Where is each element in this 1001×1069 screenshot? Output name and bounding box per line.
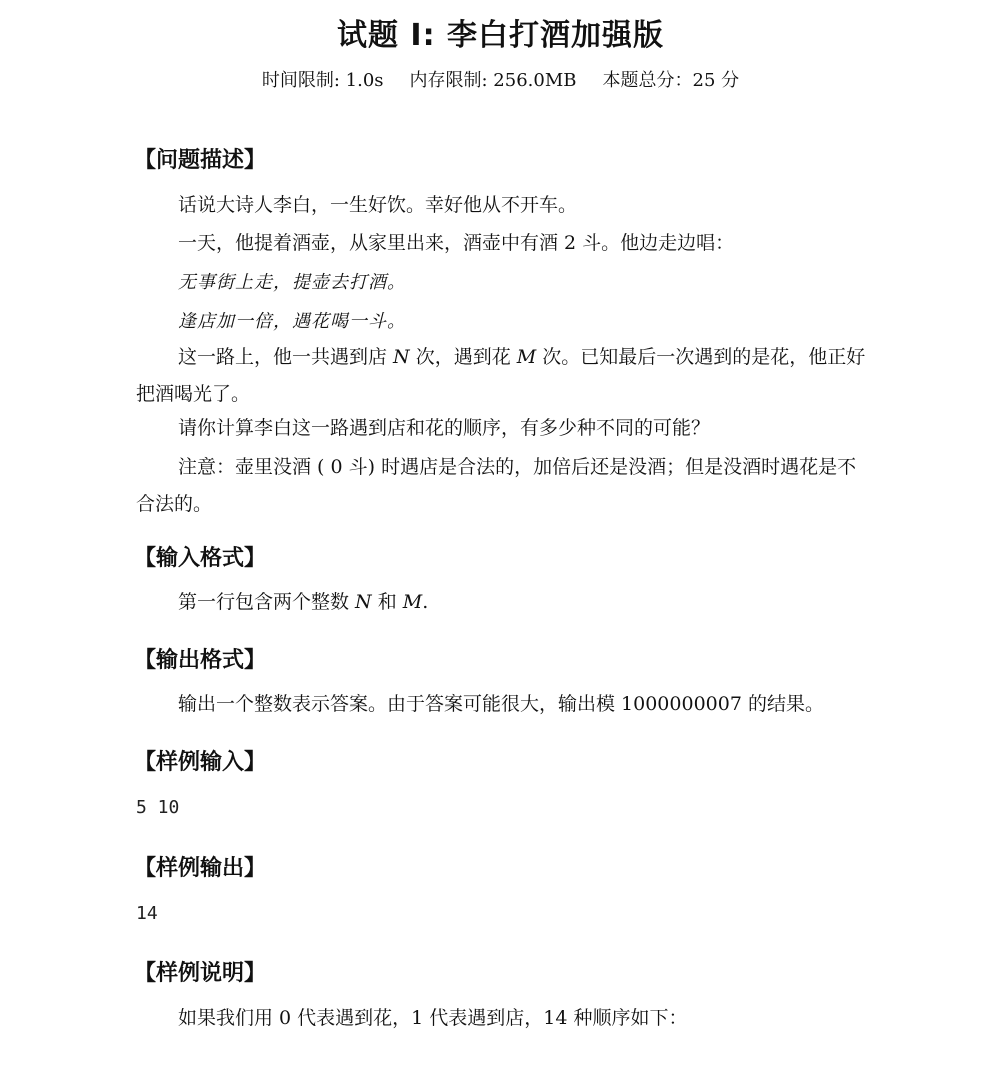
heading-input-format: 【输入格式】 [134,543,266,575]
description-paragraph-4: 请你计算李白这一路遇到店和花的顺序，有多少种不同的可能？ [136,410,866,447]
description-paragraph-1: 话说大诗人李白，一生好饮。幸好他从不开车。 [136,187,866,224]
time-limit: 时间限制: 1.0s [262,70,384,91]
memory-limit: 内存限制: 256.0MB [410,70,577,91]
variable-n: N [355,591,372,613]
description-paragraph-3: 这一路上，他一共遇到店 N 次，遇到花 M 次。已知最后一次遇到的是花，他正好把… [136,339,866,413]
poem-line-2: 逢店加一倍，遇花喝一斗。 [136,303,866,340]
problem-meta: 时间限制: 1.0s内存限制: 256.0MB本题总分：25 分 [0,66,1001,96]
heading-sample-input: 【样例输入】 [134,747,266,779]
text-fragment: . [422,591,428,613]
variable-m: M [517,346,536,368]
description-paragraph-5: 注意：壶里没酒 ( 0 斗) 时遇店是合法的，加倍后还是没酒；但是没酒时遇花是不… [136,449,866,523]
sample-explanation-text: 如果我们用 0 代表遇到花，1 代表遇到店，14 种顺序如下： [136,1000,866,1037]
poem-line-1: 无事街上走，提壶去打酒。 [136,264,866,301]
heading-sample-explanation: 【样例说明】 [134,958,266,990]
output-format-text: 输出一个整数表示答案。由于答案可能很大，输出模 1000000007 的结果。 [136,686,866,723]
text-fragment: 这一路上，他一共遇到店 [178,346,393,368]
page-title: 试题 I: 李白打酒加强版 [0,14,1001,58]
text-fragment: 次，遇到花 [410,346,517,368]
variable-m: M [403,591,422,613]
total-score: 本题总分：25 分 [603,70,740,91]
input-format-text: 第一行包含两个整数 N 和 M. [136,584,866,621]
text-fragment: 和 [372,591,403,613]
text-fragment: 第一行包含两个整数 [178,591,355,613]
heading-problem-description: 【问题描述】 [134,145,266,177]
heading-output-format: 【输出格式】 [134,645,266,677]
sample-output-value: 14 [136,900,158,928]
description-paragraph-2: 一天，他提着酒壶，从家里出来，酒壶中有酒 2 斗。他边走边唱： [136,225,866,262]
sample-input-value: 5 10 [136,794,179,822]
variable-n: N [393,346,410,368]
heading-sample-output: 【样例输出】 [134,853,266,885]
